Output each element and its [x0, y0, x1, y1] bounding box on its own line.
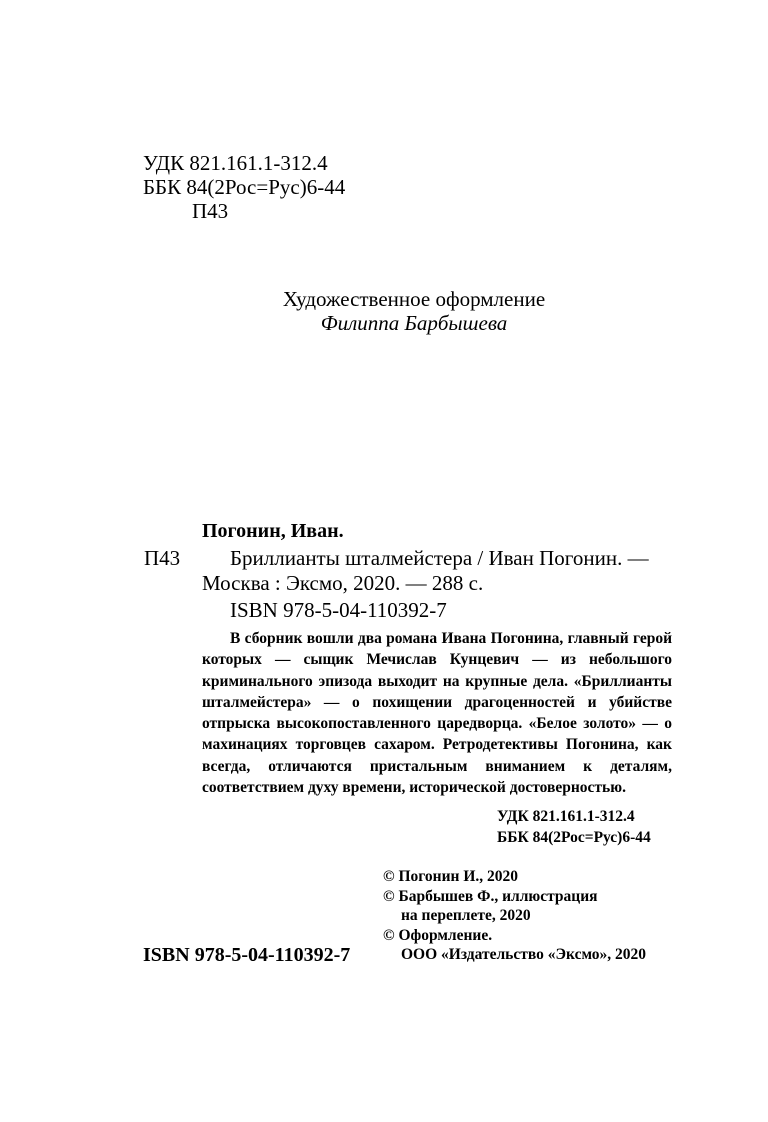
author-mark: П43 [192, 200, 228, 223]
bib-title: Бриллианты шталмейстера / Иван Погонин. … [230, 546, 649, 570]
bib-publication: Москва : Эксмо, 2020. — 288 с. [202, 571, 483, 595]
copyright-design: © Оформление. [383, 926, 492, 946]
bbk-code-bottom: ББК 84(2Рос=Рус)6-44 [497, 827, 651, 848]
annotation-paragraph: В сборник вошли два романа Ивана Погонин… [202, 628, 672, 798]
copyright-publisher: ООО «Издательство «Эксмо», 2020 [401, 945, 646, 965]
bib-author-mark: П43 [144, 546, 180, 570]
bbk-code: ББК 84(2Рос=Рус)6-44 [143, 176, 345, 199]
udk-code: УДК 821.161.1-312.4 [143, 152, 328, 175]
isbn-bottom: ISBN 978-5-04-110392-7 [143, 943, 350, 967]
copyright-author: © Погонин И., 2020 [383, 867, 518, 887]
bib-author: Погонин, Иван. [202, 519, 344, 543]
artist-name: Филиппа Барбышева [30, 311, 768, 335]
copyright-illustration-cont: на переплете, 2020 [401, 906, 531, 926]
udk-code-bottom: УДК 821.161.1-312.4 [497, 806, 635, 827]
bib-isbn: ISBN 978-5-04-110392-7 [230, 598, 447, 622]
copyright-illustration: © Барбышев Ф., иллюстрация [383, 887, 598, 907]
art-design-label: Художественное оформление [30, 287, 768, 311]
